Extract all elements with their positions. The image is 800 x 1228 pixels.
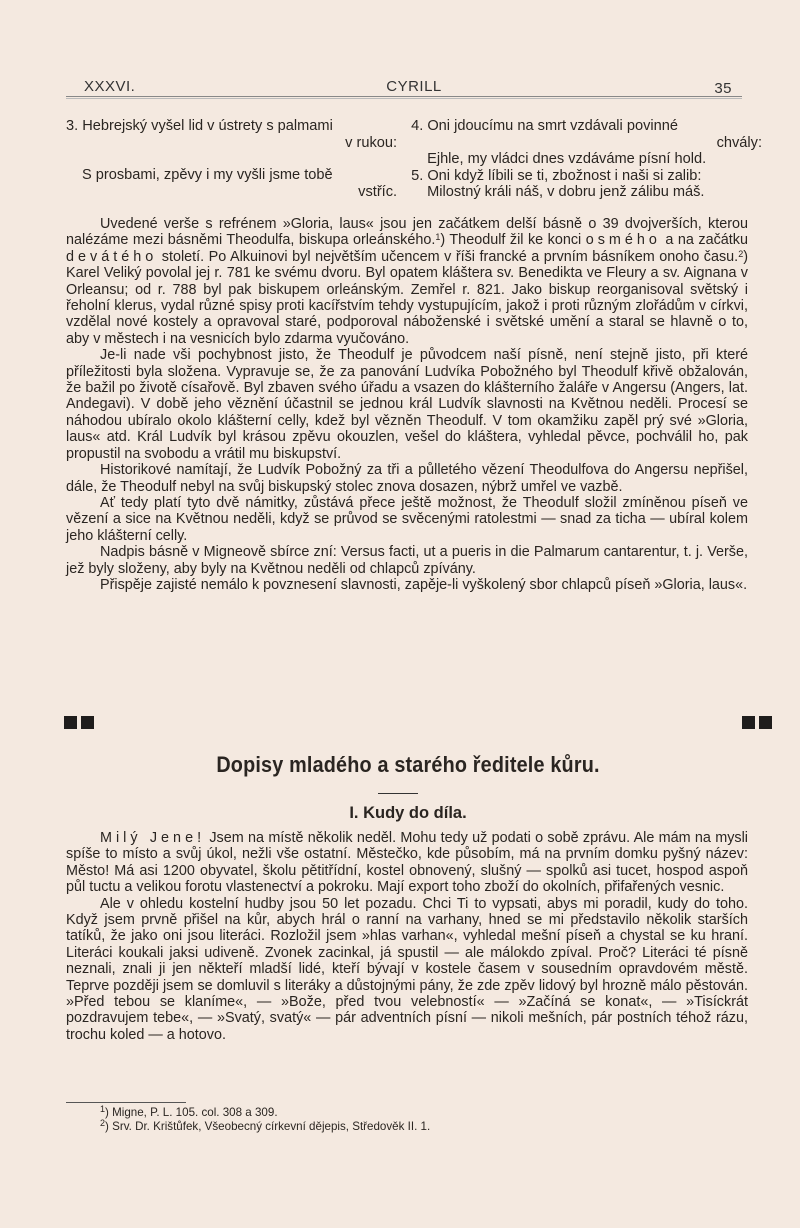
paragraph: Historikové namítají, že Ludvík Pobožný … (66, 462, 748, 495)
running-title: CYRILL (66, 78, 762, 95)
spaced-emphasis: osmého (586, 232, 661, 248)
verse-line: 3. Hebrejský vyšel lid v ústrety s palma… (66, 118, 397, 135)
article-subtitle: I. Kudy do díla. (60, 804, 756, 823)
footnote-ref[interactable]: 1 (435, 232, 440, 242)
text-run: Theodulf žil ke konci (445, 232, 586, 248)
footnote-text: ) Migne, P. L. 105. col. 308 a 309. (105, 1106, 278, 1119)
footnote-rule (66, 1102, 186, 1103)
paragraph: Uvedené verše s refrénem »Gloria, laus« … (66, 216, 748, 347)
running-head: XXXVI. CYRILL 35 (66, 72, 762, 96)
verse-line: S prosbami, zpěvy i my vyšli jsme tobě (66, 167, 397, 184)
ornament-left-icon (64, 716, 94, 729)
footnote: 2) Srv. Dr. Krištůfek, Všeobecný církevn… (100, 1120, 740, 1134)
verse-line: vstříc. (66, 184, 397, 201)
paragraph: Je-li nade vši pochybnost jisto, že Theo… (66, 347, 748, 462)
footnotes: 1) Migne, P. L. 105. col. 308 a 309. 2) … (100, 1106, 740, 1134)
spaced-emphasis: devátého (66, 249, 157, 265)
verse-line: v rukou: (66, 135, 397, 152)
verse-gap (66, 151, 397, 167)
verse-line: Ejhle, my vládci dnes vzdáváme písní hol… (411, 151, 762, 168)
title-rule (378, 793, 418, 794)
text-run: a na začátku (661, 232, 748, 248)
footnote: 1) Migne, P. L. 105. col. 308 a 309. (100, 1106, 740, 1120)
verse-column-right: 4. Oni jdoucímu na smrt vzdávali povinné… (411, 118, 762, 201)
paragraph: Milý Jene! Jsem na místě několik neděl. … (66, 830, 748, 896)
page-number: 35 (714, 80, 732, 97)
footnote-ref[interactable]: 2 (738, 249, 743, 259)
commentary-body: Uvedené verše s refrénem »Gloria, laus« … (66, 216, 748, 593)
article-title: Dopisy mladého a starého ředitele kůru. (95, 752, 721, 778)
header-rule (66, 96, 742, 99)
verse-line: Milostný králi náš, v dobru jenž zálibu … (411, 184, 762, 201)
verse-block: 3. Hebrejský vyšel lid v ústrety s palma… (66, 118, 762, 201)
paragraph: Nadpis básně v Migneově sbírce zní: Vers… (66, 544, 748, 577)
salutation: Milý Jene! (100, 830, 205, 846)
verse-line: chvály: (411, 135, 762, 152)
text-run: století. Po Alkuinovi byl největším učen… (157, 249, 738, 265)
ornament-right-icon (742, 716, 772, 729)
verse-column-left: 3. Hebrejský vyšel lid v ústrety s palma… (66, 118, 397, 201)
article-body: Milý Jene! Jsem na místě několik neděl. … (66, 830, 748, 1043)
verse-line: 5. Oni když líbili se ti, zbožnost i naš… (411, 168, 762, 185)
footnote-text: ) Srv. Dr. Krištůfek, Všeobecný církevní… (105, 1120, 430, 1133)
paragraph: Přispěje zajisté nemálo k povznesení sla… (66, 577, 748, 593)
paragraph: Ale v ohledu kostelní hudby jsou 50 let … (66, 896, 748, 1044)
text-run: Karel Veliký povolal jej r. 781 ke svému… (66, 265, 748, 347)
paragraph: Ať tedy platí tyto dvě námitky, zůstává … (66, 495, 748, 544)
verse-line: 4. Oni jdoucímu na smrt vzdávali povinné (411, 118, 762, 135)
